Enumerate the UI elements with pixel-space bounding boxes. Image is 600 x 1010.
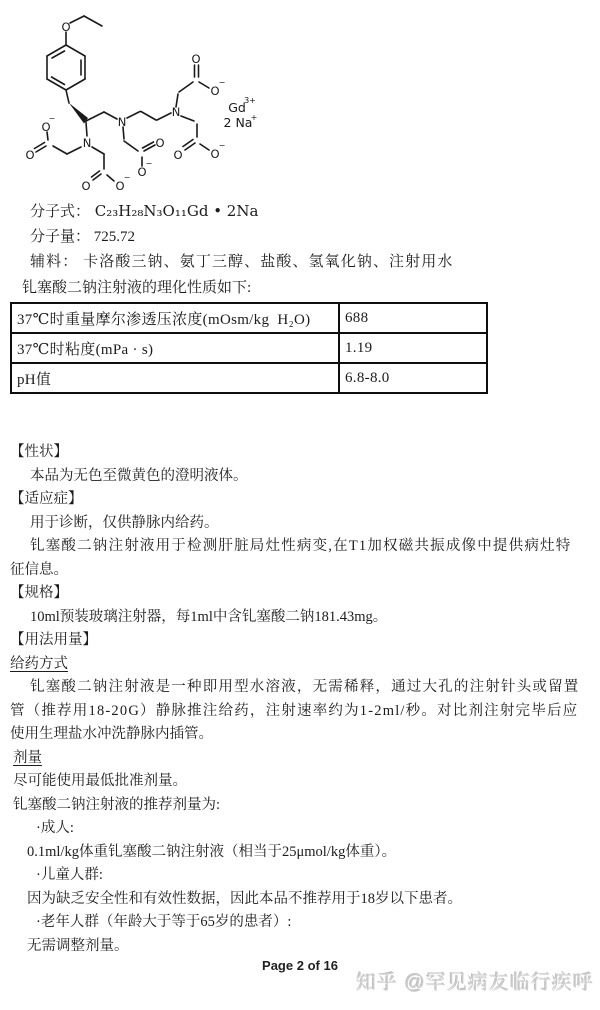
oxygen-atom-label: O bbox=[191, 52, 200, 66]
nitrogen-atom-label: N bbox=[83, 136, 92, 150]
molecular-formula-line: 分子式： C₂₃H₂₈N₃O₁₁Gd • 2Na bbox=[0, 199, 600, 225]
sodium-ion-label: 2 Na bbox=[224, 115, 253, 130]
oxygen-atom-label: O bbox=[61, 20, 70, 34]
page-word: Page bbox=[262, 958, 293, 973]
chemical-structure-diagram: O N N N O O − O O − O O − O O − O O − Gd… bbox=[0, 2, 300, 202]
property-name-cell: 37℃时重量摩尔渗透压浓度(mOsm/kg H₂O) bbox=[11, 303, 339, 333]
minus-charge: − bbox=[146, 159, 153, 168]
body-line: 因为缺乏安全性和有效性数据，因此本品不推荐用于18岁以下患者。 bbox=[10, 888, 596, 912]
body-line: 10ml预装玻璃注射器，每1ml中含钆塞酸二钠181.43mg。 bbox=[10, 606, 596, 630]
section-heading: 【性状】 bbox=[10, 441, 596, 465]
of-word: of bbox=[308, 958, 320, 973]
table-row: pH值 6.8-8.0 bbox=[11, 363, 487, 393]
table-row: 37℃时重量摩尔渗透压浓度(mOsm/kg H₂O) 688 bbox=[11, 303, 487, 333]
nitrogen-atom-label: N bbox=[172, 105, 181, 119]
oxygen-atom-label: O bbox=[25, 148, 34, 162]
total-pages: 16 bbox=[324, 958, 338, 973]
section-heading: 【适应症】 bbox=[10, 488, 596, 512]
bond-lines bbox=[35, 16, 210, 181]
oxygen-atom-label: O bbox=[173, 148, 182, 162]
sub-heading-underlined: 剂量 bbox=[10, 747, 596, 771]
atom-labels: O N N N O O − O O − O O − O O − O O − Gd… bbox=[25, 20, 257, 193]
bullet-line: ·成人: bbox=[10, 817, 596, 841]
document-page: O N N N O O − O O − O O − O O − O O − Gd… bbox=[0, 0, 600, 1010]
body-line: 尽可能使用最低批准剂量。 bbox=[10, 770, 596, 794]
minus-charge: − bbox=[219, 141, 226, 150]
section-heading: 【用法用量】 bbox=[10, 629, 596, 653]
body-line: 征信息。 bbox=[10, 559, 596, 583]
property-value-cell: 688 bbox=[339, 303, 487, 333]
body-line: 使用生理盐水冲洗静脉内插管。 bbox=[10, 723, 596, 747]
property-name-cell: 37℃时粘度(mPa · s) bbox=[11, 333, 339, 363]
property-name-cell: pH值 bbox=[11, 363, 339, 393]
body-line: 管（推荐用18-20G）静脉推注给药，注射速率约为1-2ml/秒。对比剂注射完毕… bbox=[10, 700, 596, 724]
zhihu-watermark: 知乎 @罕见病友临行疾呼 bbox=[356, 966, 594, 995]
table-intro-line: 钆塞酸二钠注射液的理化性质如下: bbox=[0, 276, 600, 302]
molecular-weight-line: 分子量： 725.72 bbox=[0, 225, 600, 251]
property-value-cell: 1.19 bbox=[339, 333, 487, 363]
oxygen-atom-label: O bbox=[81, 179, 90, 193]
oxygen-atom-label: O bbox=[155, 136, 164, 150]
body-line: 钆塞酸二钠注射液用于检测肝脏局灶性病变,在T1加权磁共振成像中提供病灶特 bbox=[10, 535, 596, 559]
minus-charge: − bbox=[219, 78, 226, 87]
molecular-info-block: 分子式： C₂₃H₂₈N₃O₁₁Gd • 2Na 分子量： 725.72 辅料：… bbox=[0, 199, 600, 301]
bullet-line: ·儿童人群: bbox=[10, 864, 596, 888]
sub-heading-underlined: 给药方式 bbox=[10, 653, 596, 677]
property-value-cell: 6.8-8.0 bbox=[339, 363, 487, 393]
table-row: 37℃时粘度(mPa · s) 1.19 bbox=[11, 333, 487, 363]
excipients-line: 辅料： 卡洛酸三钠、氨丁三醇、盐酸、氢氧化钠、注射用水 bbox=[0, 250, 600, 276]
minus-charge: − bbox=[124, 173, 131, 182]
body-line: 用于诊断，仅供静脉内给药。 bbox=[10, 512, 596, 536]
body-line: 钆塞酸二钠注射液的推荐剂量为: bbox=[10, 794, 596, 818]
body-line: 0.1ml/kg体重钆塞酸二钠注射液（相当于25μmol/kg体重）。 bbox=[10, 841, 596, 865]
gadolinium-charge: 3+ bbox=[244, 96, 256, 105]
minus-charge: − bbox=[49, 114, 56, 123]
section-heading: 【规格】 bbox=[10, 582, 596, 606]
body-line: 无需调整剂量。 bbox=[10, 935, 596, 959]
body-line: 本品为无色至微黄色的澄明液体。 bbox=[10, 465, 596, 489]
sodium-charge: + bbox=[251, 113, 258, 122]
properties-table: 37℃时重量摩尔渗透压浓度(mOsm/kg H₂O) 688 37℃时粘度(mP… bbox=[10, 302, 488, 394]
document-body: 【性状】 本品为无色至微黄色的澄明液体。 【适应症】 用于诊断，仅供静脉内给药。… bbox=[10, 441, 596, 958]
bullet-line: ·老年人群（年龄大于等于65岁的患者）: bbox=[10, 911, 596, 935]
page-number: 2 bbox=[297, 958, 304, 973]
body-line: 钆塞酸二钠注射液是一种即用型水溶液，无需稀释，通过大孔的注射针头或留置 bbox=[10, 676, 596, 700]
nitrogen-atom-label: N bbox=[118, 115, 127, 129]
